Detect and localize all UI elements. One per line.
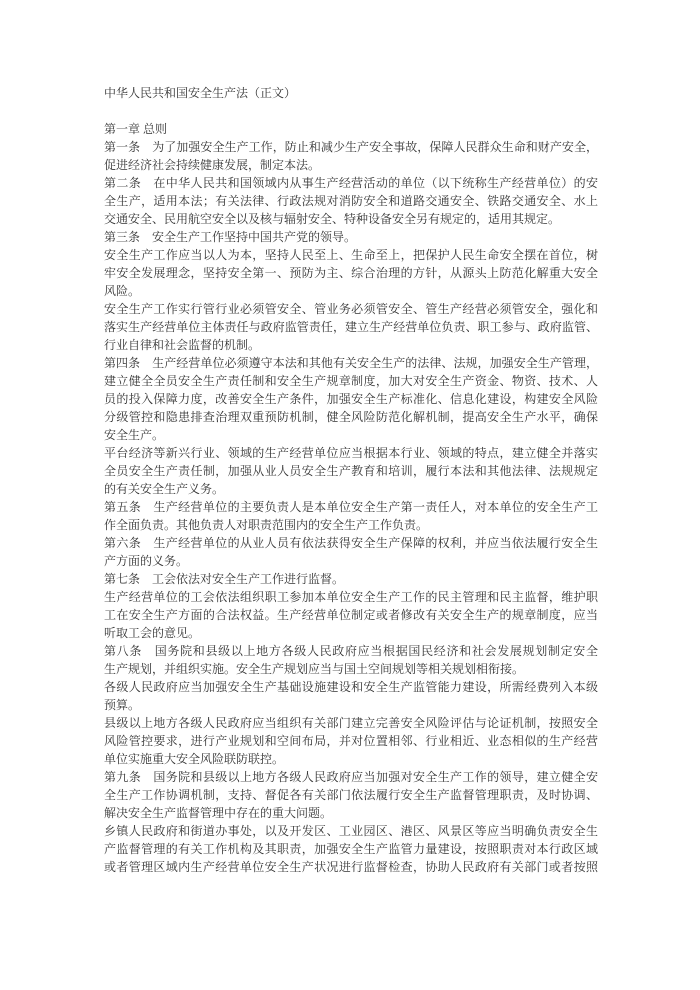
body-text-line: 生产经营单位的工会依法组织职工参加本单位安全生产工作的民主管理和民主监督，维护职 (104, 588, 598, 606)
body-text-line: 工在安全生产方面的合法权益。生产经营单位制定或者修改有关安全生产的规章制度，应当 (104, 606, 598, 624)
body-text-line: 听取工会的意见。 (104, 624, 598, 642)
body-text-line: 乡镇人民政府和街道办事处，以及开发区、工业园区、港区、风景区等应当明确负责安全生 (104, 822, 598, 840)
body-text-line: 交通安全、民用航空安全以及核与辐射安全、特种设备安全另有规定的，适用其规定。 (104, 210, 598, 228)
document-title: 中华人民共和国安全生产法（正文） (104, 84, 598, 102)
body-text-line: 行业自律和社会监督的机制。 (104, 336, 598, 354)
body-text-line: 员的投入保障力度，改善安全生产条件，加强安全生产标准化、信息化建设，构建安全风险 (104, 390, 598, 408)
document-content: 第一章 总则第一条 为了加强安全生产工作，防止和减少生产安全事故，保障人民群众生… (104, 120, 598, 876)
body-text-line: 解决安全生产监督管理中存在的重大问题。 (104, 804, 598, 822)
body-text-line: 安全生产工作实行管行业必须管安全、管业务必须管安全、管生产经营必须管安全，强化和 (104, 300, 598, 318)
body-text-line: 第五条 生产经营单位的主要负责人是本单位安全生产第一责任人，对本单位的安全生产工 (104, 498, 598, 516)
body-text-line: 各级人民政府应当加强安全生产基础设施建设和安全生产监管能力建设，所需经费列入本级 (104, 678, 598, 696)
body-text-line: 全生产，适用本法；有关法律、行政法规对消防安全和道路交通安全、铁路交通安全、水上 (104, 192, 598, 210)
body-text-line: 县级以上地方各级人民政府应当组织有关部门建立完善安全风险评估与论证机制，按照安全 (104, 714, 598, 732)
body-text-line: 生产规划，并组织实施。安全生产规划应当与国土空间规划等相关规划相衔接。 (104, 660, 598, 678)
body-text-line: 第七条 工会依法对安全生产工作进行监督。 (104, 570, 598, 588)
body-text-line: 落实生产经营单位主体责任与政府监管责任，建立生产经营单位负责、职工参与、政府监管… (104, 318, 598, 336)
body-text-line: 作全面负责。其他负责人对职责范围内的安全生产工作负责。 (104, 516, 598, 534)
body-text-line: 安全生产工作应当以人为本，坚持人民至上、生命至上，把保护人民生命安全摆在首位，树 (104, 246, 598, 264)
body-text-line: 风险管控要求，进行产业规划和空间布局，并对位置相邻、行业相近、业态相似的生产经营 (104, 732, 598, 750)
body-text-line: 第二条 在中华人民共和国领域内从事生产经营活动的单位（以下统称生产经营单位）的安 (104, 174, 598, 192)
body-text-line: 平台经济等新兴行业、领域的生产经营单位应当根据本行业、领域的特点，建立健全并落实 (104, 444, 598, 462)
body-text-line: 分级管控和隐患排查治理双重预防机制，健全风险防范化解机制，提高安全生产水平，确保 (104, 408, 598, 426)
body-text-line: 预算。 (104, 696, 598, 714)
body-text-line: 促进经济社会持续健康发展，制定本法。 (104, 156, 598, 174)
body-text-line: 第一条 为了加强安全生产工作，防止和减少生产安全事故，保障人民群众生命和财产安全… (104, 138, 598, 156)
body-text-line: 风险。 (104, 282, 598, 300)
body-text-line: 全生产工作协调机制，支持、督促各有关部门依法履行安全生产监督管理职责，及时协调、 (104, 786, 598, 804)
body-text-line: 安全生产。 (104, 426, 598, 444)
body-text-line: 建立健全全员安全生产责任制和安全生产规章制度，加大对安全生产资金、物资、技术、人 (104, 372, 598, 390)
body-text-line: 或者管理区域内生产经营单位安全生产状况进行监督检查，协助人民政府有关部门或者按照 (104, 858, 598, 876)
document-page: 中华人民共和国安全生产法（正文） 第一章 总则第一条 为了加强安全生产工作，防止… (0, 0, 700, 990)
body-text-line: 单位实施重大安全风险联防联控。 (104, 750, 598, 768)
body-text-line: 第九条 国务院和县级以上地方各级人民政府应当加强对安全生产工作的领导，建立健全安 (104, 768, 598, 786)
chapter-heading: 第一章 总则 (104, 120, 598, 138)
body-text-line: 第四条 生产经营单位必须遵守本法和其他有关安全生产的法律、法规，加强安全生产管理… (104, 354, 598, 372)
body-text-line: 第八条 国务院和县级以上地方各级人民政府应当根据国民经济和社会发展规划制定安全 (104, 642, 598, 660)
body-text-line: 的有关安全生产义务。 (104, 480, 598, 498)
body-text-line: 第六条 生产经营单位的从业人员有依法获得安全生产保障的权利，并应当依法履行安全生 (104, 534, 598, 552)
body-text-line: 牢安全发展理念，坚持安全第一、预防为主、综合治理的方针，从源头上防范化解重大安全 (104, 264, 598, 282)
body-text-line: 全员安全生产责任制，加强从业人员安全生产教育和培训，履行本法和其他法律、法规规定 (104, 462, 598, 480)
body-text-line: 第三条 安全生产工作坚持中国共产党的领导。 (104, 228, 598, 246)
body-text-line: 产方面的义务。 (104, 552, 598, 570)
body-text-line: 产监督管理的有关工作机构及其职责，加强安全生产监管力量建设，按照职责对本行政区域 (104, 840, 598, 858)
